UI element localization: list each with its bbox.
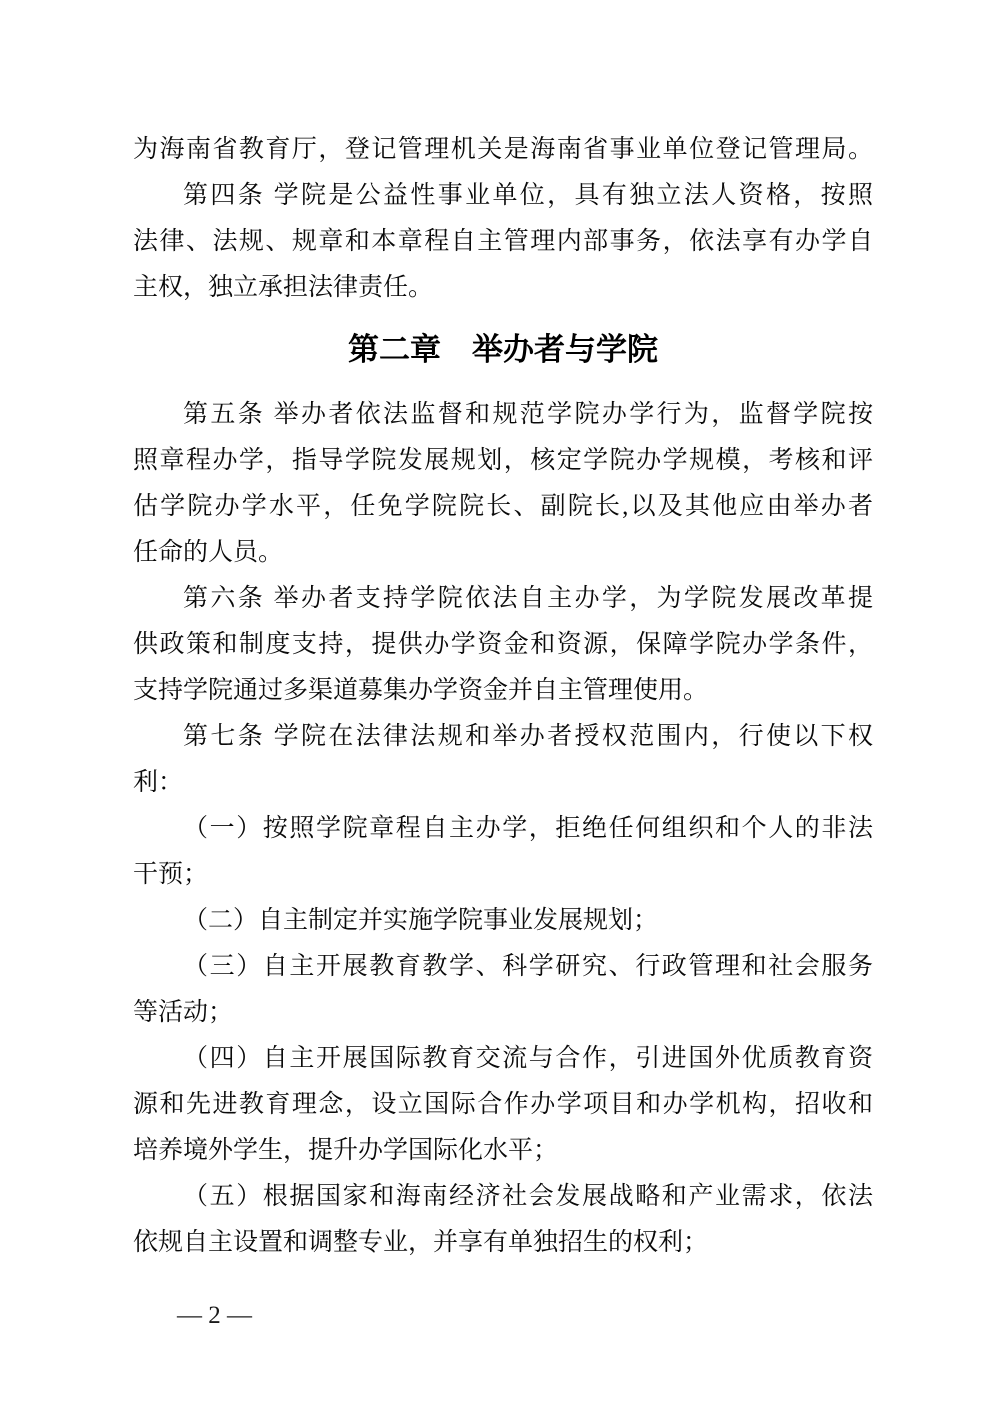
text-line: （三）自主开展教育教学、科学研究、行政管理和社会服务 bbox=[133, 944, 873, 990]
page-number: — 2 — bbox=[177, 1302, 252, 1329]
text-line: （五）根据国家和海南经济社会发展战略和产业需求，依法 bbox=[133, 1174, 873, 1220]
document-page: 为海南省教育厅，登记管理机关是海南省事业单位登记管理局。第四条 学院是公益性事业… bbox=[0, 0, 1000, 1414]
text-line: 照章程办学，指导学院发展规划，核定学院办学规模，考核和评 bbox=[133, 438, 873, 484]
text-line: 利： bbox=[133, 760, 873, 806]
text-line: 第四条 学院是公益性事业单位，具有独立法人资格，按照 bbox=[133, 173, 873, 219]
text-line: （二）自主制定并实施学院事业发展规划； bbox=[133, 898, 873, 944]
text-line: （一）按照学院章程自主办学，拒绝任何组织和个人的非法 bbox=[133, 806, 873, 852]
text-line: 任命的人员。 bbox=[133, 530, 873, 576]
document-content: 为海南省教育厅，登记管理机关是海南省事业单位登记管理局。第四条 学院是公益性事业… bbox=[0, 0, 1000, 1266]
text-line: 依规自主设置和调整专业，并享有单独招生的权利； bbox=[133, 1220, 873, 1266]
chapter-heading: 第二章 举办者与学院 bbox=[133, 327, 873, 373]
text-line: 第七条 学院在法律法规和举办者授权范围内，行使以下权 bbox=[133, 714, 873, 760]
page-footer: — 2 — bbox=[0, 1302, 1000, 1330]
text-line: 源和先进教育理念，设立国际合作办学项目和办学机构，招收和 bbox=[133, 1082, 873, 1128]
text-line: 第五条 举办者依法监督和规范学院办学行为，监督学院按 bbox=[133, 392, 873, 438]
text-line: （四）自主开展国际教育交流与合作，引进国外优质教育资 bbox=[133, 1036, 873, 1082]
text-line: 为海南省教育厅，登记管理机关是海南省事业单位登记管理局。 bbox=[133, 127, 873, 173]
text-line: 等活动； bbox=[133, 990, 873, 1036]
text-line: 干预； bbox=[133, 852, 873, 898]
text-line: 供政策和制度支持，提供办学资金和资源，保障学院办学条件， bbox=[133, 622, 873, 668]
text-line: 培养境外学生，提升办学国际化水平； bbox=[133, 1128, 873, 1174]
text-line: 第六条 举办者支持学院依法自主办学，为学院发展改革提 bbox=[133, 576, 873, 622]
text-line: 主权，独立承担法律责任。 bbox=[133, 265, 873, 311]
text-line: 估学院办学水平，任免学院院长、副院长,以及其他应由举办者 bbox=[133, 484, 873, 530]
text-line: 支持学院通过多渠道募集办学资金并自主管理使用。 bbox=[133, 668, 873, 714]
text-line: 法律、法规、规章和本章程自主管理内部事务，依法享有办学自 bbox=[133, 219, 873, 265]
